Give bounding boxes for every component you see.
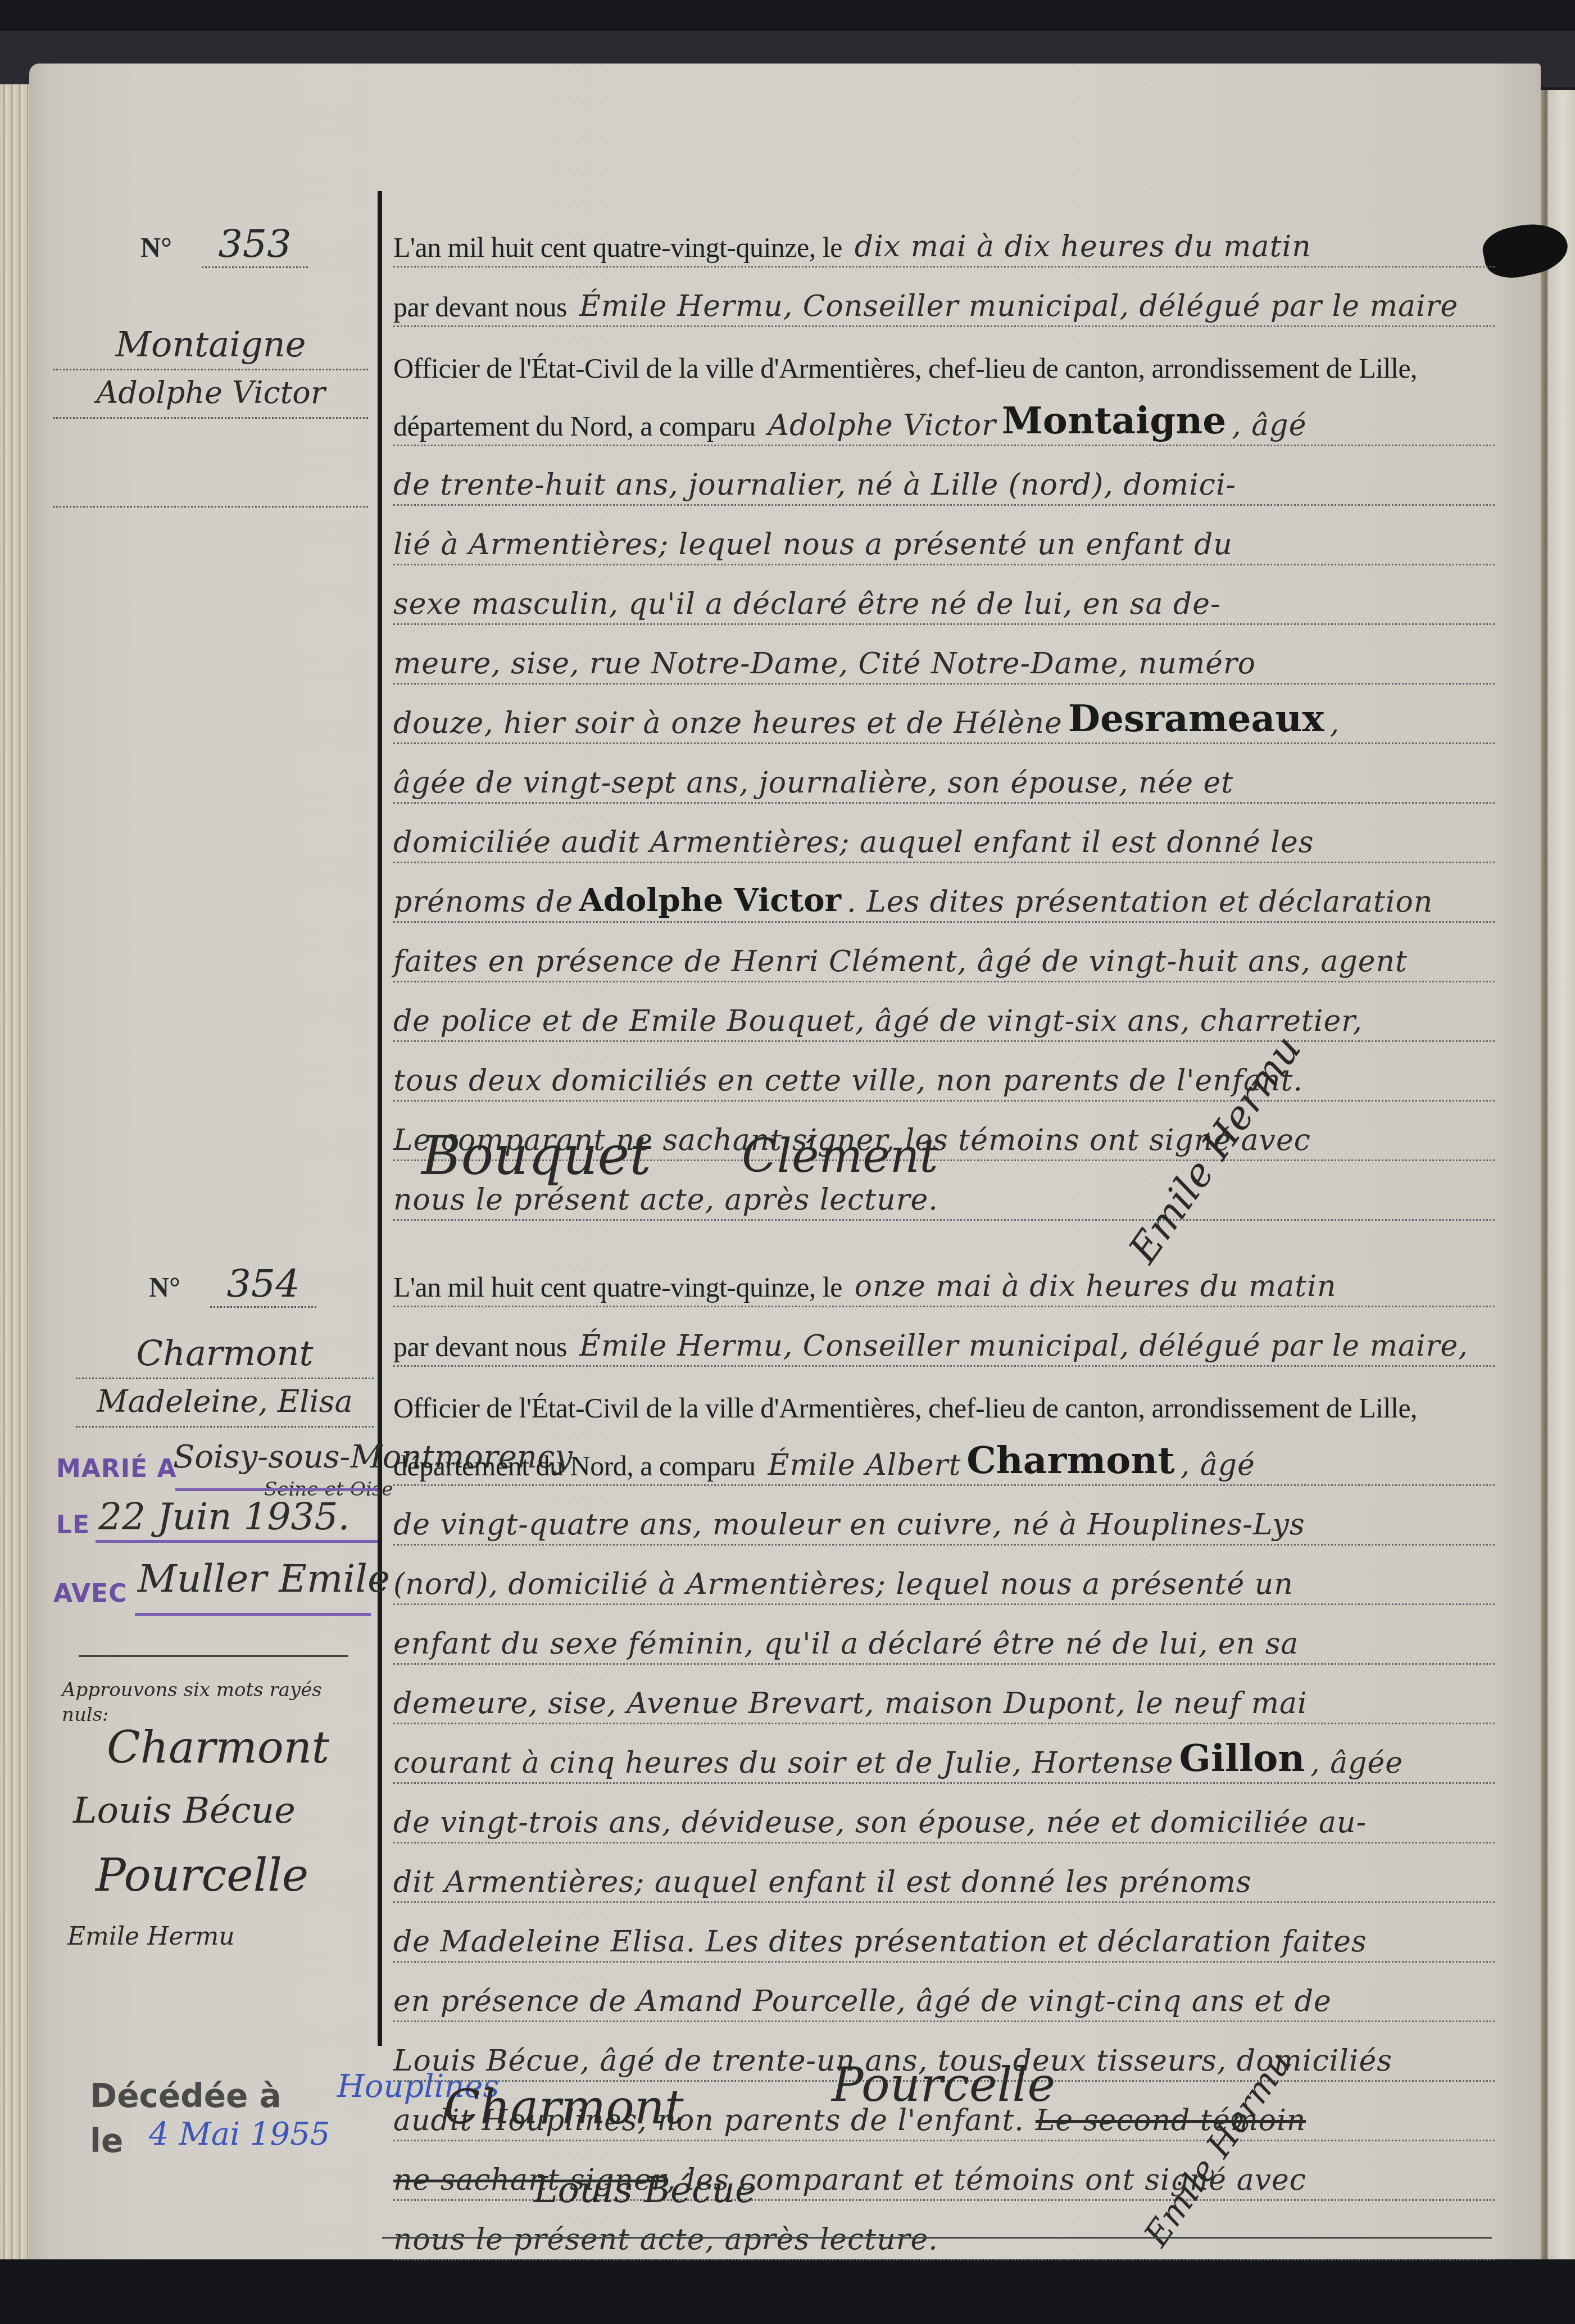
act-number: 354 [210, 1262, 317, 1308]
act-number: 353 [202, 222, 308, 268]
margin-divider [79, 1655, 348, 1657]
text-line: L'an mil huit cent quatre-vingt-quinze, … [393, 208, 1495, 268]
text-line: (nord), domicilié à Armentières; lequel … [393, 1546, 1495, 1605]
text-line: de vingt-trois ans, dévideuse, son épous… [393, 1784, 1495, 1843]
marriage-date: 22 Juin 1935. [98, 1495, 350, 1538]
binding-right [1541, 90, 1575, 2265]
stamp-underline [175, 1488, 378, 1491]
page-bottom-rule [382, 2237, 1492, 2239]
child-given-names: Adolphe Victor [579, 882, 841, 919]
text-line: faites en présence de Henri Clément, âgé… [393, 923, 1495, 982]
text-line: dit Armentières; auquel enfant il est do… [393, 1843, 1495, 1903]
mother-surname: Gillon [1179, 1736, 1305, 1780]
text-line: Officier de l'État-Civil de la ville d'A… [393, 327, 1495, 387]
text-line: L'an mil huit cent quatre-vingt-quinze, … [393, 1248, 1495, 1307]
margin-signature-charmont: Charmont [107, 1723, 329, 1773]
text-line: en présence de Amand Pourcelle, âgé de v… [393, 1963, 1495, 2022]
death-place-label: Décédée à [90, 2077, 282, 2115]
father-surname: Charmont [966, 1438, 1174, 1482]
stamp-underline [96, 1540, 378, 1543]
signature-pourcelle: Pourcelle [832, 2057, 1055, 2112]
text-line: demeure, sise, Avenue Brevart, maison Du… [393, 1665, 1495, 1724]
act-number-353: N° 353 [140, 222, 308, 266]
text-line: domiciliée audit Armentières; auquel enf… [393, 804, 1495, 863]
stamp-underline [135, 1613, 371, 1616]
number-label: N° [149, 1271, 180, 1303]
death-date-label: le [90, 2122, 123, 2160]
text-line: Officier de l'État-Civil de la ville d'A… [393, 1367, 1495, 1426]
marriage-spouse-label: AVEC [53, 1579, 127, 1608]
text-line: prénoms de Adolphe Victor . Les dites pr… [393, 863, 1495, 923]
signature-bouquet: Bouquet [421, 1124, 651, 1187]
margin-surname: Charmont [76, 1329, 374, 1379]
text-line: tous deux domiciliés en cette ville, non… [393, 1042, 1495, 1102]
text-line: âgée de vingt-sept ans, journalière, son… [393, 744, 1495, 804]
signature-charmont: Charmont [444, 2080, 684, 2135]
marriage-spouse: Muller Emile [138, 1557, 390, 1601]
mother-surname: Desrameaux [1068, 696, 1324, 740]
text-line: sexe masculin, qu'il a déclaré être né d… [393, 565, 1495, 625]
text-line: de Madeleine Elisa. Les dites présentati… [393, 1903, 1495, 1963]
text-line: de vingt-quatre ans, mouleur en cuivre, … [393, 1486, 1495, 1546]
margin-signature-officer: Emile Hermu [67, 1922, 235, 1951]
text-line: douze, hier soir à onze heures et de Hél… [393, 685, 1495, 744]
book-cover-bottom [0, 2259, 1575, 2324]
marriage-date-label: LE [56, 1511, 90, 1539]
text-line: enfant du sexe féminin, qu'il a déclaré … [393, 1605, 1495, 1665]
approval-note: Approuvons six mots rayés nuls: [62, 1678, 365, 1727]
act-number-354: N° 354 [149, 1262, 316, 1306]
father-surname: Montaigne [1002, 398, 1227, 442]
death-date: 4 Mai 1955 [149, 2116, 330, 2153]
text-line: meure, sise, rue Notre-Dame, Cité Notre-… [393, 625, 1495, 685]
text-line: par devant nous Émile Hermu, Conseiller … [393, 1307, 1495, 1367]
marriage-place-label: MARIÉ A [56, 1455, 177, 1483]
number-label: N° [140, 232, 172, 263]
margin-signature-becue: Louis Bécue [73, 1790, 296, 1832]
text-line: de police et de Emile Bouquet, âgé de vi… [393, 982, 1495, 1042]
text-line: lié à Armentières; lequel nous a présent… [393, 506, 1495, 565]
text-line: département du Nord, a comparu Adolphe V… [393, 387, 1495, 446]
act-353-text: L'an mil huit cent quatre-vingt-quinze, … [393, 208, 1495, 1221]
signature-clement: Clément [742, 1130, 938, 1183]
margin-rule [378, 191, 382, 2046]
margin-given-names: Madeleine, Elisa [76, 1378, 374, 1428]
text-line: département du Nord, a comparu Émile Alb… [393, 1426, 1495, 1486]
margin-divider [53, 506, 368, 508]
text-line: de trente-huit ans, journalier, né à Lil… [393, 446, 1495, 506]
text-line: courant à cinq heures du soir et de Juli… [393, 1724, 1495, 1784]
margin-given-names: Adolphe Victor [53, 369, 368, 419]
margin-surname: Montaigne [53, 320, 368, 370]
signature-becue: Louis Bécue [534, 2169, 756, 2211]
text-line: par devant nous Émile Hermu, Conseiller … [393, 268, 1495, 327]
margin-signature-pourcelle: Pourcelle [96, 1849, 308, 1901]
